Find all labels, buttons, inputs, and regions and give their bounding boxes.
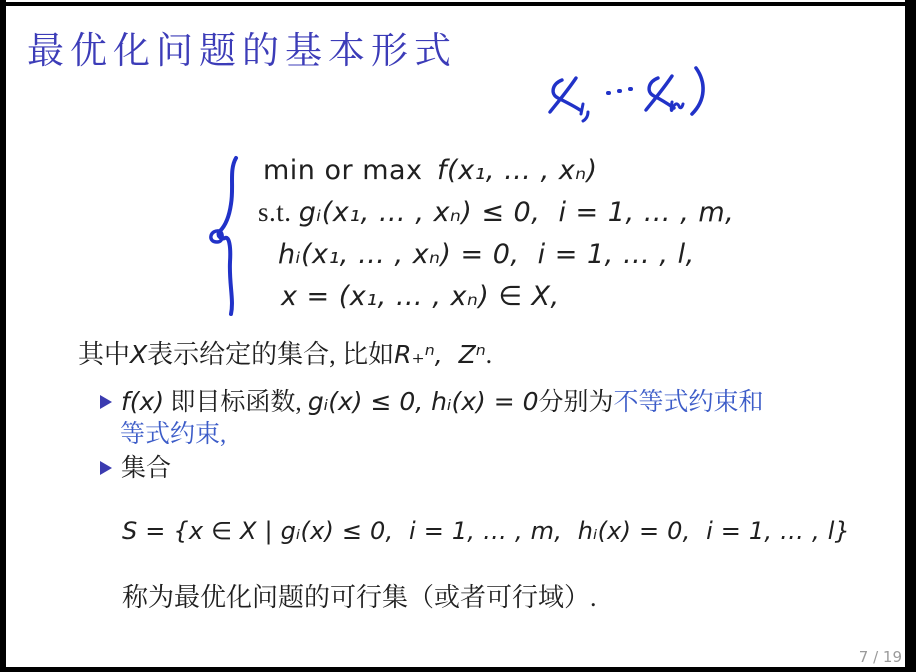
bullet-set-label: 集合 xyxy=(121,452,171,485)
objective-function: f(x₁, … , xₙ) xyxy=(437,155,598,186)
equality-constraint-term: 等式约束, xyxy=(120,421,226,448)
inequality-constraint: gᵢ(x₁, … , xₙ) ≤ 0, i = 1, … , m, xyxy=(299,197,734,228)
bullet-objective-text-line2: 等式约束, xyxy=(120,418,226,451)
letterbox-right xyxy=(905,0,916,672)
domain-condition: x = (x₁, … , xₙ) ∈ X, xyxy=(281,281,560,312)
slide: 最优化问题的基本形式 min or max f(x₁, … , xₙ) s.t.… xyxy=(0,0,916,672)
inequality-constraint-term: 不等式约束和 xyxy=(614,389,764,416)
min-max-operator: min or max xyxy=(263,155,423,186)
feasible-set-formula: S = {x ∈ X | gᵢ(x) ≤ 0, i = 1, … , m, hᵢ… xyxy=(122,517,850,545)
set-description-line: 其中X表示给定的集合, 比如R₊ⁿ, Zⁿ. xyxy=(78,334,492,371)
feasible-set-caption: 称为最优化问题的可行集（或者可行域）. xyxy=(122,577,597,614)
bullet-triangle-icon xyxy=(100,461,112,475)
slide-title: 最优化问题的基本形式 xyxy=(27,20,457,74)
objective-line: min or max f(x₁, … , xₙ) xyxy=(263,153,598,188)
letterbox-left xyxy=(0,0,6,672)
set-symbol-Rn: R₊ⁿ xyxy=(394,340,435,369)
handwritten-annotation xyxy=(520,60,720,125)
equality-constraint-line: hᵢ(x₁, … , xₙ) = 0, i = 1, … , l, xyxy=(278,237,695,272)
frame-line-top xyxy=(0,2,916,6)
bullet-objective-text-line1: f(x) 即目标函数, gᵢ(x) ≤ 0, hᵢ(x) = 0分别为不等式约束… xyxy=(121,385,764,419)
domain-line: x = (x₁, … , xₙ) ∈ X, xyxy=(281,279,560,314)
handwritten-brace xyxy=(205,152,253,318)
equality-constraint: hᵢ(x₁, … , xₙ) = 0, i = 1, … , l, xyxy=(278,239,695,270)
set-symbol-X: X xyxy=(130,340,147,369)
subject-to-label: s.t. xyxy=(258,197,292,227)
bullet-triangle-icon xyxy=(100,395,112,409)
set-symbol-Zn: Zⁿ xyxy=(459,340,486,369)
page-number: 7 / 19 xyxy=(859,648,902,666)
inequality-constraint-line: s.t. gᵢ(x₁, … , xₙ) ≤ 0, i = 1, … , m, xyxy=(258,195,734,230)
frame-line-bottom xyxy=(0,667,916,672)
